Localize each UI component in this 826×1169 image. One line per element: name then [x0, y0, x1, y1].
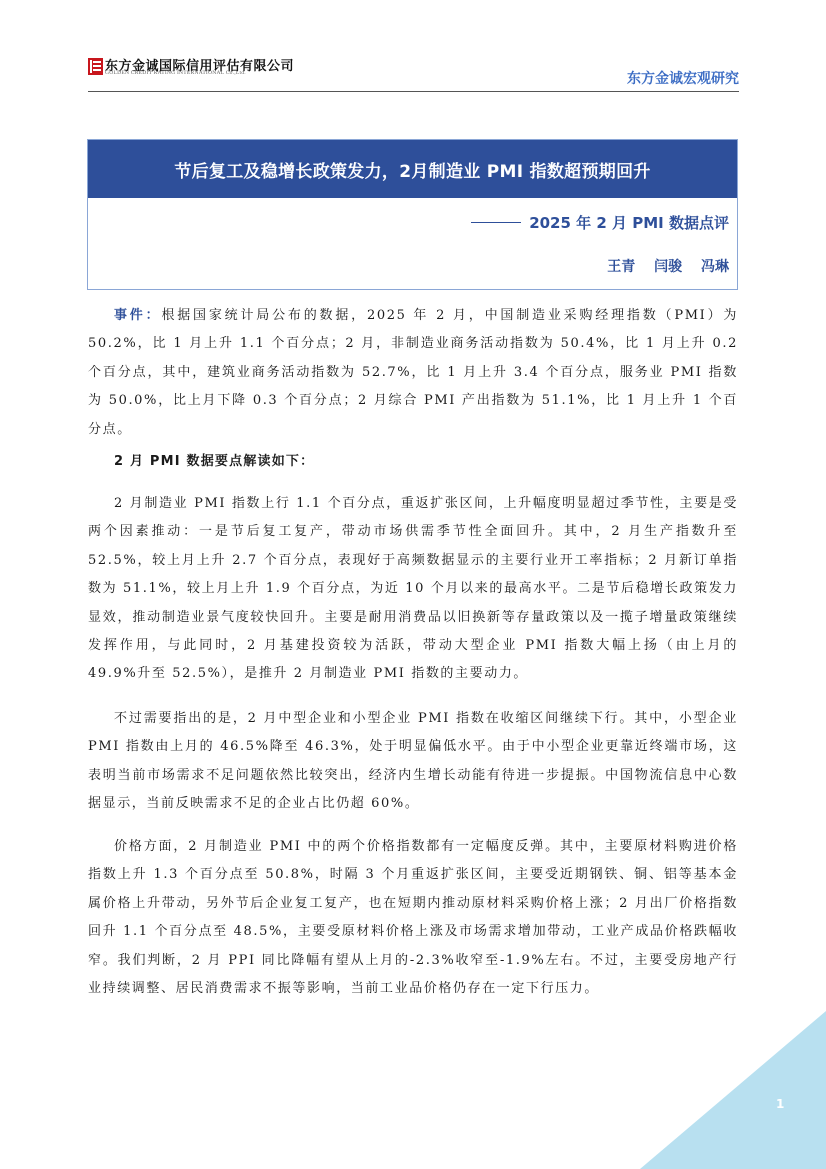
event-paragraph: 事件：根据国家统计局公布的数据，2025 年 2 月，中国制造业采购经理指数（P…	[88, 302, 738, 444]
series-name: 东方金诚宏观研究	[627, 68, 739, 88]
paragraph-text: 不过需要指出的是，2 月中型企业和小型企业 PMI 指数在收缩区间继续下行。其中…	[88, 705, 738, 819]
paragraph-prices: 价格方面，2 月制造业 PMI 中的两个价格指数都有一定幅度反弹。其中，主要原材…	[88, 833, 738, 1003]
corner-decoration	[640, 1011, 826, 1169]
author: 闫骏	[654, 259, 682, 275]
subtitle-dash	[471, 222, 521, 223]
header-divider	[88, 91, 739, 93]
paragraph-sme: 不过需要指出的是，2 月中型企业和小型企业 PMI 指数在收缩区间继续下行。其中…	[88, 705, 738, 819]
paragraph-text: 2 月制造业 PMI 指数上行 1.1 个百分点，重返扩张区间，上升幅度明显超过…	[88, 490, 738, 689]
report-subtitle: 2025 年 2 月 PMI 数据点评	[471, 212, 729, 233]
event-label: 事件：	[114, 308, 161, 323]
subtitle-text: 2025 年 2 月 PMI 数据点评	[529, 212, 729, 233]
title-box: 节后复工及稳增长政策发力，2月制造业 PMI 指数超预期回升 2025 年 2 …	[87, 139, 738, 290]
section-heading: 2 月 PMI 数据要点解读如下：	[88, 450, 738, 469]
title-band: 节后复工及稳增长政策发力，2月制造业 PMI 指数超预期回升	[88, 140, 737, 198]
author: 王青	[607, 259, 635, 275]
company-logo-icon	[88, 58, 103, 75]
company-name-en: GOLDEN CREDIT RATING INTERNATIONAL Co.,L…	[105, 70, 246, 76]
event-text: 根据国家统计局公布的数据，2025 年 2 月，中国制造业采购经理指数（PMI）…	[88, 308, 738, 437]
author: 冯琳	[701, 259, 729, 275]
page-number: 1	[776, 1097, 784, 1111]
authors: 王青 闫骏 冯琳	[593, 256, 729, 276]
report-title: 节后复工及稳增长政策发力，2月制造业 PMI 指数超预期回升	[174, 157, 650, 182]
paragraph-text: 价格方面，2 月制造业 PMI 中的两个价格指数都有一定幅度反弹。其中，主要原材…	[88, 833, 738, 1003]
page-header: 东方金诚国际信用评估有限公司 GOLDEN CREDIT RATING INTE…	[88, 58, 739, 93]
paragraph-manufacturing: 2 月制造业 PMI 指数上行 1.1 个百分点，重返扩张区间，上升幅度明显超过…	[88, 490, 738, 689]
